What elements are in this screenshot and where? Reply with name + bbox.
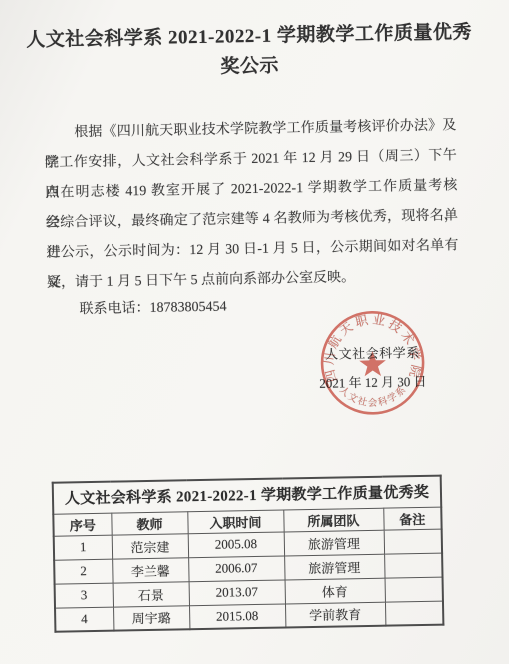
cell-remark: [385, 577, 443, 602]
cell-index: 4: [55, 607, 113, 632]
cell-team: 旅游管理: [284, 530, 384, 556]
cell-index: 1: [54, 535, 112, 560]
col-header-remark: 备注: [383, 507, 441, 530]
cell-team: 旅游管理: [284, 554, 384, 580]
cell-hire-date: 2005.08: [188, 531, 284, 557]
cell-hire-date: 2013.07: [189, 579, 285, 605]
cell-remark: [384, 553, 442, 578]
cell-team: 体育: [285, 578, 385, 604]
cell-remark: [385, 601, 443, 626]
cell-teacher: 石景: [113, 581, 189, 606]
notice-body: 根据《四川航天职业技术学院教学工作质量考核评价办法》及学 院工作安排，人文社会科…: [44, 111, 459, 299]
scan-content: 人文社会科学系 2021-2022-1 学期教学工作质量优秀 奖公示 根据《四川…: [0, 0, 509, 664]
official-seal-stamp: 四川航天职业技术学院 人文社会科学系: [318, 308, 428, 418]
col-header-index: 序号: [53, 513, 111, 536]
cell-remark: [384, 529, 442, 554]
contact-label: 联系电话：: [79, 301, 149, 317]
cell-teacher: 李兰馨: [112, 557, 188, 582]
cell-hire-date: 2015.08: [189, 603, 285, 629]
seal-ring-text: 四川航天职业技术学院: [321, 311, 423, 383]
col-header-team: 所属团队: [283, 508, 383, 532]
cell-index: 3: [55, 583, 113, 608]
cell-teacher: 周宇璐: [113, 605, 189, 630]
scanned-document-page: 人文社会科学系 2021-2022-1 学期教学工作质量优秀 奖公示 根据《四川…: [0, 0, 509, 664]
col-header-hire-date: 入职时间: [187, 510, 283, 534]
cell-teacher: 范宗建: [112, 533, 188, 558]
seal-star-icon: [359, 351, 386, 377]
col-header-teacher: 教师: [111, 511, 187, 534]
document-title: 人文社会科学系 2021-2022-1 学期教学工作质量优秀 奖公示: [0, 17, 504, 86]
contact-phone: 18783805454: [149, 300, 226, 316]
cell-index: 2: [54, 559, 112, 584]
cell-hire-date: 2006.07: [188, 555, 284, 581]
award-table: 人文社会科学系 2021-2022-1 学期教学工作质量优秀奖 序号 教师 入职…: [52, 475, 445, 633]
cell-team: 学前教育: [285, 602, 385, 628]
